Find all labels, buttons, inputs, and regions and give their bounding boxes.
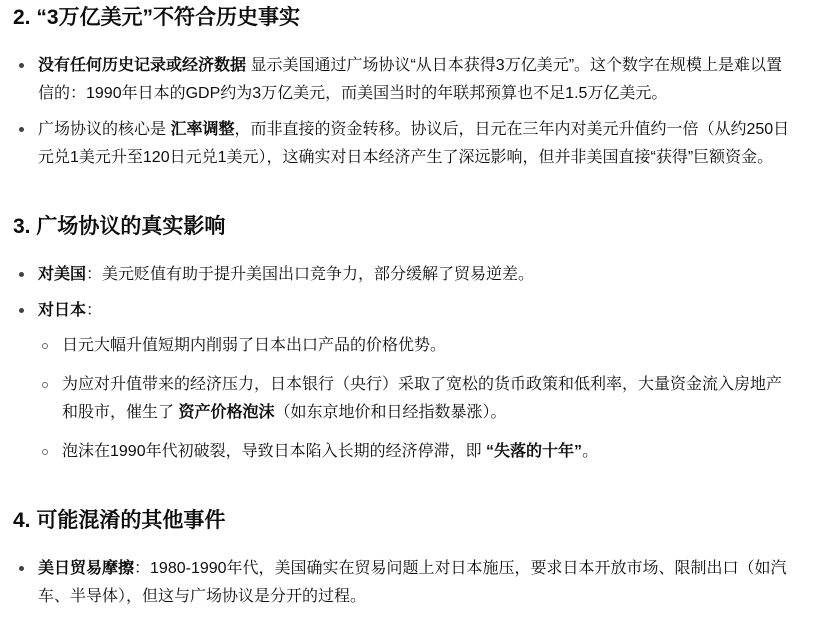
bullet-icon (19, 308, 24, 313)
section-heading: 4. 可能混淆的其他事件 (13, 508, 794, 534)
list-item: 日元大幅升值短期内削弱了日本出口产品的价格优势。 (62, 332, 794, 360)
bullet-icon (19, 272, 24, 277)
text-segment: （如东京地价和日经指数暴涨）。 (274, 404, 506, 421)
section-heading: 3. 广场协议的真实影响 (13, 214, 794, 240)
text-segment: 对日本 (38, 302, 86, 319)
list-item-text: 为应对升值带来的经济压力，日本银行（央行）采取了宽松的货币政策和低利率，大量资金… (62, 371, 794, 427)
list-item: 美日贸易摩擦：1980-1990年代，美国确实在贸易问题上对日本施压，要求日本开… (38, 555, 794, 611)
text-segment: 。 (582, 443, 598, 460)
sub-bullet-list: 日元大幅升值短期内削弱了日本出口产品的价格优势。 为应对升值带来的经济压力，日本… (38, 332, 794, 466)
list-item: 对美国：美元贬值有助于提升美国出口竞争力，部分缓解了贸易逆差。 (38, 261, 794, 289)
text-segment: 汇率调整 (170, 121, 234, 138)
circle-bullet-icon (42, 449, 48, 455)
text-segment: 美日贸易摩擦 (38, 560, 134, 577)
chat-response-document: 2. “3万亿美元”不符合历史事实 没有任何历史记录或经济数据 显示美国通过广场… (0, 0, 827, 639)
list-item: 广场协议的核心是 汇率调整，而非直接的资金转移。协议后，日元在三年内对美元升值约… (38, 116, 794, 172)
text-segment: ：1980-1990年代，美国确实在贸易问题上对日本施压，要求日本开放市场、限制… (38, 560, 787, 605)
list-item-text: 美日贸易摩擦：1980-1990年代，美国确实在贸易问题上对日本施压，要求日本开… (38, 555, 794, 611)
list-item: 为应对升值带来的经济压力，日本银行（央行）采取了宽松的货币政策和低利率，大量资金… (62, 371, 794, 427)
list-item-text: 泡沫在1990年代初破裂，导致日本陷入长期的经济停滞，即 “失落的十年”。 (62, 438, 794, 466)
list-item-text: 没有任何历史记录或经济数据 显示美国通过广场协议“从日本获得3万亿美元”。这个数… (38, 52, 794, 108)
section-heading: 2. “3万亿美元”不符合历史事实 (13, 5, 794, 31)
list-item-text: 对美国：美元贬值有助于提升美国出口竞争力，部分缓解了贸易逆差。 (38, 261, 794, 289)
list-item: 泡沫在1990年代初破裂，导致日本陷入长期的经济停滞，即 “失落的十年”。 (62, 438, 794, 466)
text-segment: ： (86, 302, 102, 319)
text-segment: 对美国 (38, 266, 86, 283)
text-segment: 日元大幅升值短期内削弱了日本出口产品的价格优势。 (62, 337, 446, 354)
text-segment: 没有任何历史记录或经济数据 (38, 57, 246, 74)
bullet-icon (19, 566, 24, 571)
bullet-icon (19, 63, 24, 68)
list-item-text: 日元大幅升值短期内削弱了日本出口产品的价格优势。 (62, 332, 794, 360)
bullet-list: 对美国：美元贬值有助于提升美国出口竞争力，部分缓解了贸易逆差。 对日本： 日元大… (13, 261, 794, 466)
circle-bullet-icon (42, 343, 48, 349)
bullet-list: 美日贸易摩擦：1980-1990年代，美国确实在贸易问题上对日本施压，要求日本开… (13, 555, 794, 611)
list-item: 对日本： 日元大幅升值短期内削弱了日本出口产品的价格优势。 为应对升值带来的经济… (38, 297, 794, 466)
circle-bullet-icon (42, 382, 48, 388)
list-item: 没有任何历史记录或经济数据 显示美国通过广场协议“从日本获得3万亿美元”。这个数… (38, 52, 794, 108)
text-segment: 泡沫在1990年代初破裂，导致日本陷入长期的经济停滞，即 (62, 443, 486, 460)
bullet-list: 没有任何历史记录或经济数据 显示美国通过广场协议“从日本获得3万亿美元”。这个数… (13, 52, 794, 172)
text-segment: 资产价格泡沫 (178, 404, 274, 421)
text-segment: 广场协议的核心是 (38, 121, 170, 138)
text-segment: “失落的十年” (486, 443, 582, 460)
bullet-icon (19, 127, 24, 132)
list-item-text: 广场协议的核心是 汇率调整，而非直接的资金转移。协议后，日元在三年内对美元升值约… (38, 116, 794, 172)
list-item-text: 对日本： (38, 297, 794, 325)
text-segment: ：美元贬值有助于提升美国出口竞争力，部分缓解了贸易逆差。 (86, 266, 534, 283)
